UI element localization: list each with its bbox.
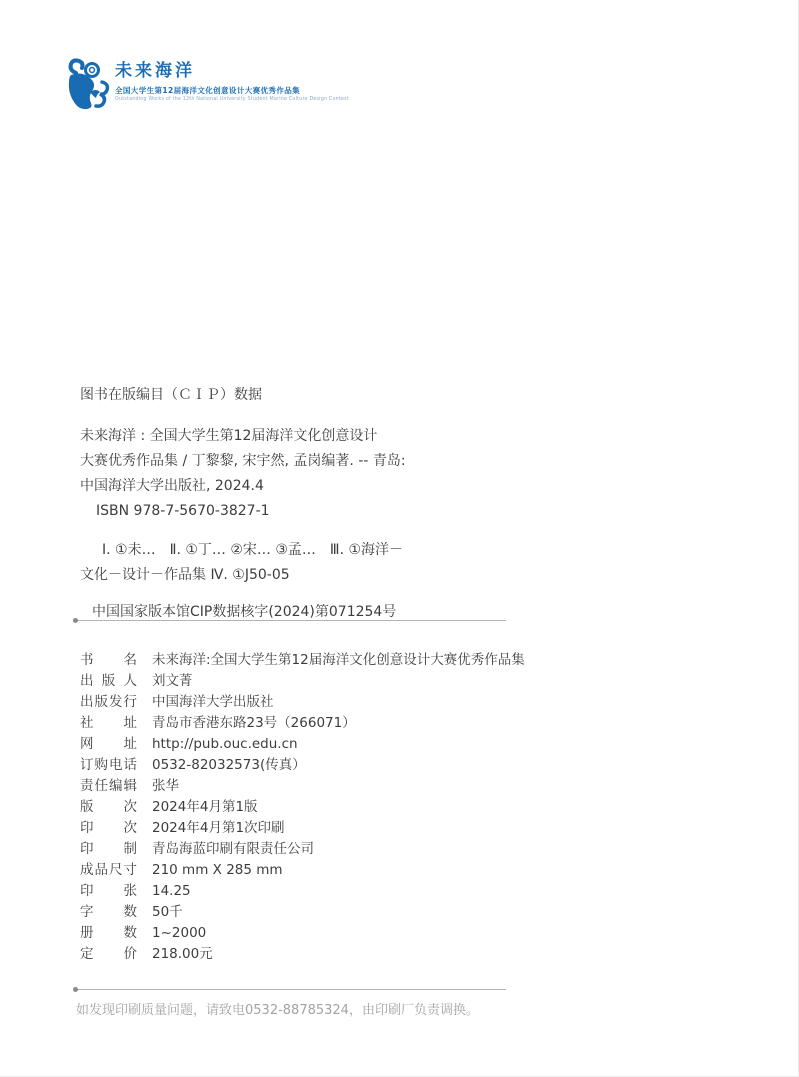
colophon-label: 订购电话 xyxy=(80,755,137,776)
colophon-value: 210 mm X 285 mm xyxy=(152,860,283,881)
colophon-row: 印张 14.25 xyxy=(80,881,720,902)
colophon-row: 出版发行 中国海洋大学出版社 xyxy=(80,692,720,713)
colophon-row: 出版人 刘文菁 xyxy=(80,671,720,692)
print-quality-notice: 如发现印刷质量问题，请致电0532-88785324，由印刷厂负责调换。 xyxy=(76,999,479,1018)
colophon-value: 2024年4月第1次印刷 xyxy=(152,818,285,839)
publisher-brand: 未来海洋 全国大学生第12届海洋文化创意设计大赛优秀作品集 Outstandin… xyxy=(66,58,349,112)
colophon-label: 印次 xyxy=(80,818,137,839)
colophon-value: 1~2000 xyxy=(152,923,206,944)
colophon-label: 定价 xyxy=(80,944,137,965)
colophon-value: 青岛市香港东路23号（266071） xyxy=(152,713,356,734)
colophon-value: 50千 xyxy=(152,902,183,923)
colophon-value: 未来海洋:全国大学生第12届海洋文化创意设计大赛优秀作品集 xyxy=(152,650,525,671)
colophon-row: 成品尺寸 210 mm X 285 mm xyxy=(80,860,720,881)
brand-title: 未来海洋 xyxy=(115,63,349,80)
divider-top xyxy=(75,620,506,621)
colophon-label: 成品尺寸 xyxy=(80,860,137,881)
cip-classification-line: 文化－设计－作品集 Ⅳ. ①J50-05 xyxy=(80,563,540,588)
colophon-value: 14.25 xyxy=(152,881,191,902)
contest-logo-icon xyxy=(66,58,110,112)
cip-title-line: 未来海洋 : 全国大学生第12届海洋文化创意设计 xyxy=(80,424,540,449)
cip-data-block: 图书在版编目（ＣＩＰ）数据 未来海洋 : 全国大学生第12届海洋文化创意设计 大… xyxy=(80,383,540,625)
colophon-label: 书名 xyxy=(80,650,137,671)
colophon-value: 中国海洋大学出版社 xyxy=(152,692,274,713)
colophon-label: 社址 xyxy=(80,713,137,734)
colophon-value: 刘文菁 xyxy=(152,671,193,692)
colophon-row: 责任编辑 张华 xyxy=(80,776,720,797)
colophon-row: 字数 50千 xyxy=(80,902,720,923)
colophon-label: 出版人 xyxy=(80,671,137,692)
colophon-label: 册数 xyxy=(80,923,137,944)
colophon-row: 印次 2024年4月第1次印刷 xyxy=(80,818,720,839)
colophon-label: 版次 xyxy=(80,797,137,818)
brand-text: 未来海洋 全国大学生第12届海洋文化创意设计大赛优秀作品集 Outstandin… xyxy=(115,58,349,112)
book-copyright-page: 未来海洋 全国大学生第12届海洋文化创意设计大赛优秀作品集 Outstandin… xyxy=(0,0,799,1077)
colophon-value: 0532-82032573(传真） xyxy=(152,755,306,776)
colophon-value: 2024年4月第1版 xyxy=(152,797,258,818)
cip-isbn: ISBN 978-7-5670-3827-1 xyxy=(80,499,540,524)
colophon-label: 网址 xyxy=(80,734,137,755)
brand-subtitle-cn: 全国大学生第12届海洋文化创意设计大赛优秀作品集 xyxy=(115,86,349,95)
colophon-value: http://pub.ouc.edu.cn xyxy=(152,734,298,755)
colophon-row: 网址 http://pub.ouc.edu.cn xyxy=(80,734,720,755)
cip-header: 图书在版编目（ＣＩＰ）数据 xyxy=(80,383,540,408)
colophon-value: 青岛海蓝印刷有限责任公司 xyxy=(152,839,314,860)
colophon-row: 定价 218.00元 xyxy=(80,944,720,965)
cip-classification-line: Ⅰ. ①未… Ⅱ. ①丁… ②宋… ③孟… Ⅲ. ①海洋－ xyxy=(80,538,540,563)
colophon-value: 218.00元 xyxy=(152,944,213,965)
colophon-value: 张华 xyxy=(152,776,179,797)
colophon-row: 订购电话 0532-82032573(传真） xyxy=(80,755,720,776)
colophon-label: 出版发行 xyxy=(80,692,137,713)
brand-subtitle-en: Outstanding Works of the 12th National U… xyxy=(115,97,349,103)
colophon-row: 版次 2024年4月第1版 xyxy=(80,797,720,818)
colophon-label: 印张 xyxy=(80,881,137,902)
cip-title-line: 中国海洋大学出版社, 2024.4 xyxy=(80,474,540,499)
colophon-row: 印制 青岛海蓝印刷有限责任公司 xyxy=(80,839,720,860)
colophon-list: 书名 未来海洋:全国大学生第12届海洋文化创意设计大赛优秀作品集 出版人 刘文菁… xyxy=(80,650,720,965)
colophon-row: 书名 未来海洋:全国大学生第12届海洋文化创意设计大赛优秀作品集 xyxy=(80,650,720,671)
colophon-label: 印制 xyxy=(80,839,137,860)
colophon-row: 社址 青岛市香港东路23号（266071） xyxy=(80,713,720,734)
colophon-label: 责任编辑 xyxy=(80,776,137,797)
colophon-row: 册数 1~2000 xyxy=(80,923,720,944)
cip-record-number: 中国国家版本馆CIP数据核字(2024)第071254号 xyxy=(80,600,540,625)
divider-bottom xyxy=(75,989,506,990)
colophon-label: 字数 xyxy=(80,902,137,923)
cip-title-line: 大赛优秀作品集 / 丁黎黎, 宋宇然, 孟岗编著. -- 青岛: xyxy=(80,449,540,474)
